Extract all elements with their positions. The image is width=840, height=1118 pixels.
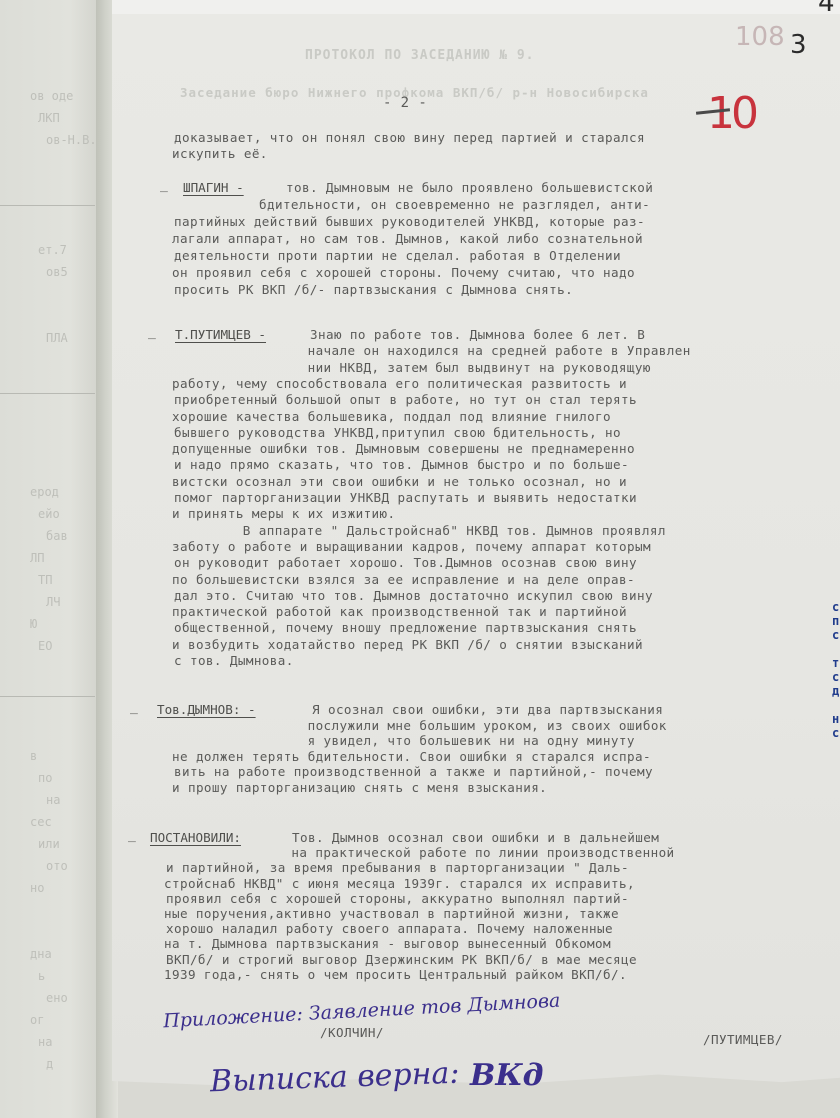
- ghost-header-line1: ПРОТОКОЛ ПО ЗАСЕДАНИЮ № 9.: [305, 48, 535, 63]
- typed-line: практической работой как производственно…: [172, 604, 627, 620]
- speaker-dash: _: [148, 325, 156, 340]
- typed-line: ВКП/б/ и строгий выговор Дзержинским РК …: [166, 952, 637, 968]
- underlying-rule: [0, 393, 95, 394]
- speaker-dash: _: [130, 700, 138, 715]
- typed-line: Я осознал свои ошибки, эти два партвзыск…: [312, 702, 663, 718]
- typed-line: и возбудить ходатайство перед РК ВКП /б/…: [172, 637, 643, 653]
- typed-line: партийных действий бывших руководителей …: [174, 214, 645, 230]
- speaker-name: ПОСТАНОВИЛИ:: [150, 830, 241, 845]
- typed-line: не должен терять бдительности. Свои ошиб…: [172, 749, 651, 765]
- certification-label: Выписка верна:: [209, 1056, 460, 1100]
- certification-initials: ВКд: [470, 1058, 544, 1093]
- typed-line: приобретенный большой опыт в работе, но …: [174, 392, 637, 408]
- typed-line: Тов. Дымнов осознал свои ошибки и в даль…: [292, 830, 659, 846]
- typed-line: вистски осознал эти свои ошибки и не тол…: [172, 474, 627, 490]
- typed-line: проявил себя с хорошей стороны, аккуратн…: [166, 891, 629, 907]
- speaker-name: Т.ПУТИМЦЕВ -: [175, 327, 266, 342]
- underlying-page: ов одеЛКПов-Н.В.ет.7ов5ПЛАеродейобавЛПТП…: [0, 0, 100, 1118]
- page-marker: - 2 -: [383, 95, 427, 111]
- right-edge-fragments: с п с т с д н с: [832, 600, 840, 740]
- typed-line: просить РК ВКП /б/- партвзыскания с Дымн…: [174, 282, 573, 298]
- typed-line: лагали аппарат, но сам тов. Дымнов, како…: [172, 231, 643, 247]
- typed-line: хорошо наладил работу своего аппарата. П…: [166, 921, 613, 937]
- typed-line: бывшего руководства УНКВД,притупил свою …: [174, 425, 621, 441]
- typed-line: я увидел, что большевик ни на одну минут…: [308, 733, 635, 749]
- red-folio-number: 10: [707, 88, 755, 139]
- typed-line: стройснаб НКВД" с июня месяца 1939г. ста…: [164, 876, 635, 892]
- typed-line: тов. Дымновым не было проявлено большеви…: [286, 180, 653, 196]
- underlying-rule: [0, 205, 95, 206]
- typed-line: и принять меры к их изжитию.: [172, 506, 396, 522]
- typed-line: послужили мне большим уроком, из своих о…: [308, 718, 667, 734]
- typed-line: на т. Дымнова партвзыскания - выговор вы…: [164, 936, 611, 952]
- typed-line: и надо прямо сказать, что тов. Дымнов бы…: [174, 457, 629, 473]
- typed-line: В аппарате " Дальстройснаб" НКВД тов. Ды…: [243, 523, 666, 539]
- speaker-name: Тов.ДЫМНОВ: -: [157, 702, 256, 717]
- speaker-name: ШПАГИН -: [183, 180, 244, 195]
- corner-number: 4: [818, 0, 835, 18]
- typed-line: дал это. Считаю что тов. Дымнов достаточ…: [174, 588, 653, 604]
- typed-line: общественной, почему вношу предложение п…: [174, 620, 637, 636]
- typed-line: нии НКВД, затем был выдвинут на руководя…: [308, 360, 651, 376]
- faint-number: 108: [735, 22, 785, 52]
- typed-line: с тов. Дымнова.: [174, 653, 294, 669]
- typed-line: бдительности, он своевременно не разгляд…: [259, 197, 650, 213]
- typed-line: по большевистски взялся за ее исправлени…: [172, 572, 635, 588]
- typed-line: допущенные ошибки тов. Дымновым совершен…: [172, 441, 635, 457]
- speaker-dash: _: [128, 828, 136, 843]
- typed-line: и прошу парторганизацию снять с меня взы…: [172, 780, 547, 796]
- typed-line: и партийной, за время пребывания в парто…: [166, 860, 629, 876]
- speaker-dash: _: [160, 178, 168, 193]
- sheet-number: 3: [790, 30, 807, 60]
- signature-right: /ПУТИМЦЕВ/: [703, 1032, 783, 1048]
- typed-line: хорошие качества большевика, поддал под …: [172, 409, 611, 425]
- typed-line: 1939 года,- снять о чем просить Централь…: [164, 967, 627, 983]
- page-top-edge: [112, 0, 840, 16]
- typed-line: деятельности проти партии не сделал. раб…: [174, 248, 621, 264]
- typed-line: начале он находился на средней работе в …: [308, 343, 691, 359]
- typed-line: Знаю по работе тов. Дымнова более 6 лет.…: [310, 327, 645, 343]
- typed-line: он руководит работает хорошо. Тов.Дымнов…: [174, 555, 637, 571]
- typed-line: он проявил себя с хорошей стороны. Почем…: [172, 265, 635, 281]
- typed-line: ные поручения,активно участвовал в парти…: [164, 906, 619, 922]
- typed-line: помог парторганизации УНКВД распутать и …: [174, 490, 637, 506]
- typed-line: работу, чему способствовала его политиче…: [172, 376, 627, 392]
- typed-line: искупить её.: [172, 146, 268, 162]
- typed-line: заботу о работе и выращивании кадров, по…: [172, 539, 651, 555]
- typed-line: на практической работе по линии производ…: [291, 845, 674, 861]
- typed-line: вить на работе производственной а также …: [174, 764, 653, 780]
- typed-line: доказывает, что он понял свою вину перед…: [174, 130, 645, 146]
- underlying-rule: [0, 696, 95, 697]
- signature-left: /КОЛЧИН/: [320, 1025, 384, 1041]
